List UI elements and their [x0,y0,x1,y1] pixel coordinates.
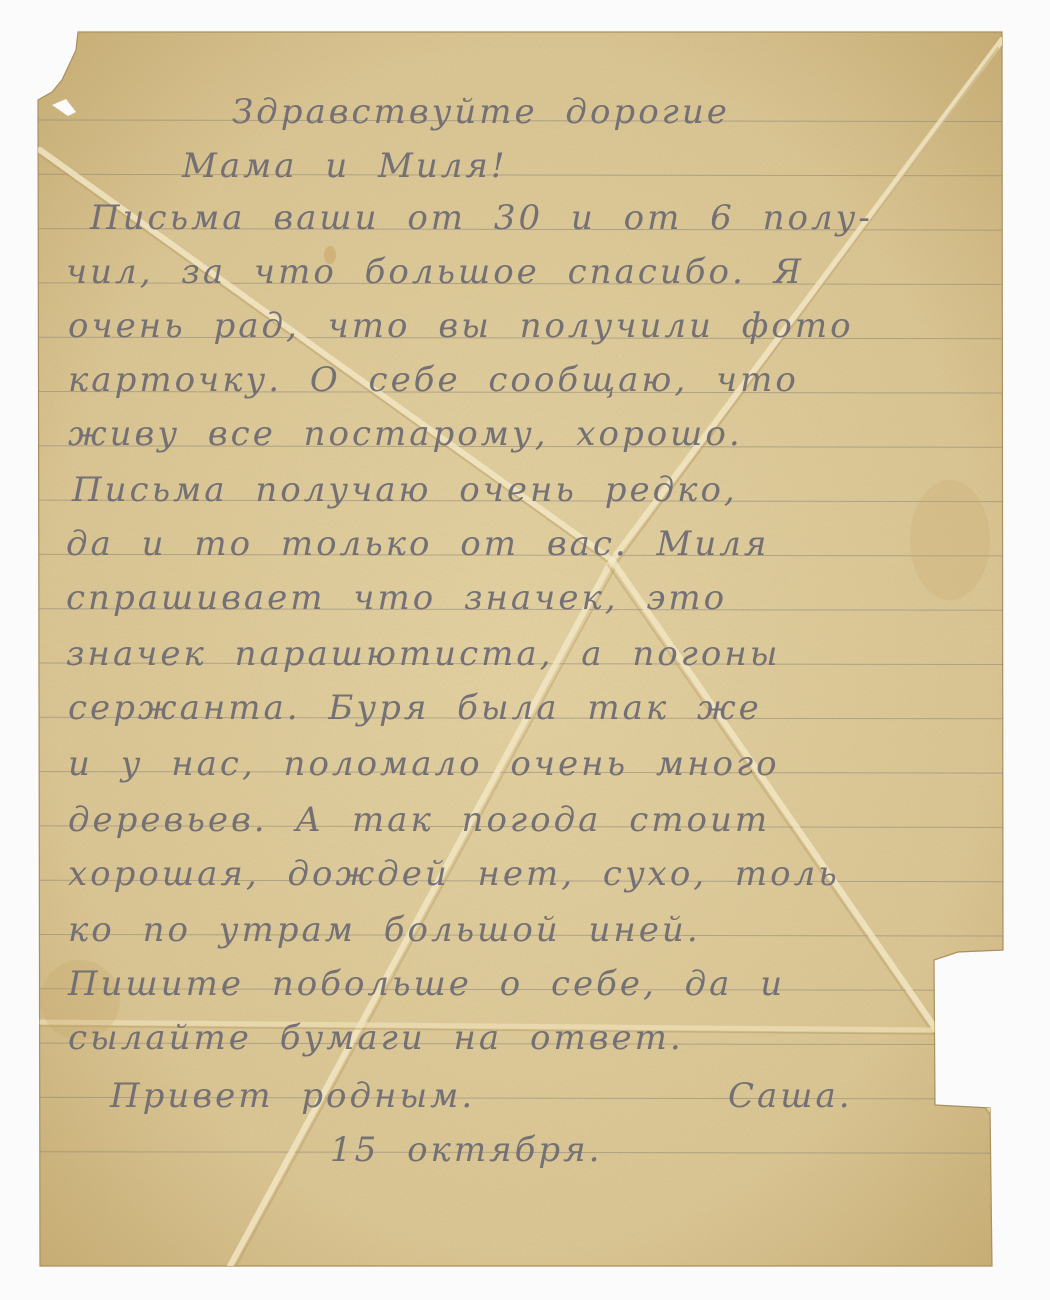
body-line: чил, за что большое спасибо. Я [66,252,804,292]
body-line: карточку. О себе сообщаю, что [68,360,799,400]
body-line: сылайте бумаги на ответ. [68,1018,684,1058]
signature: Саша. [728,1076,853,1116]
body-line: значек парашютиста, а погоны [66,634,780,674]
body-line: деревьев. А так погода стоит [68,800,770,840]
body-line: хорошая, дождей нет, сухо, толь [68,854,840,894]
letter-sheet: Здравствуйте дорогие Мама и Миля! Письма… [0,0,1050,1300]
body-line: Письма ваши от 30 и от 6 полу- [90,198,873,238]
letter-date: 15 октября. [330,1130,602,1170]
body-line: да и то только от вас. Миля [66,524,769,564]
body-line: ко по утрам большой иней. [68,910,701,950]
body-line: живу все постарому, хорошо. [68,414,743,454]
body-line: спрашивает что значек, это [66,578,727,618]
body-line: очень рад, что вы получили фото [68,306,854,346]
body-line: Письма получаю очень редко, [72,470,738,510]
body-line: Пишите побольше о себе, да и [68,964,785,1004]
greeting-line-1: Здравствуйте дорогие [232,92,730,132]
closing-greeting: Привет родным. [110,1076,475,1116]
body-line: сержанта. Буря была так же [68,688,762,728]
greeting-line-2: Мама и Миля! [182,146,508,186]
body-line: и у нас, поломало очень много [68,744,780,784]
